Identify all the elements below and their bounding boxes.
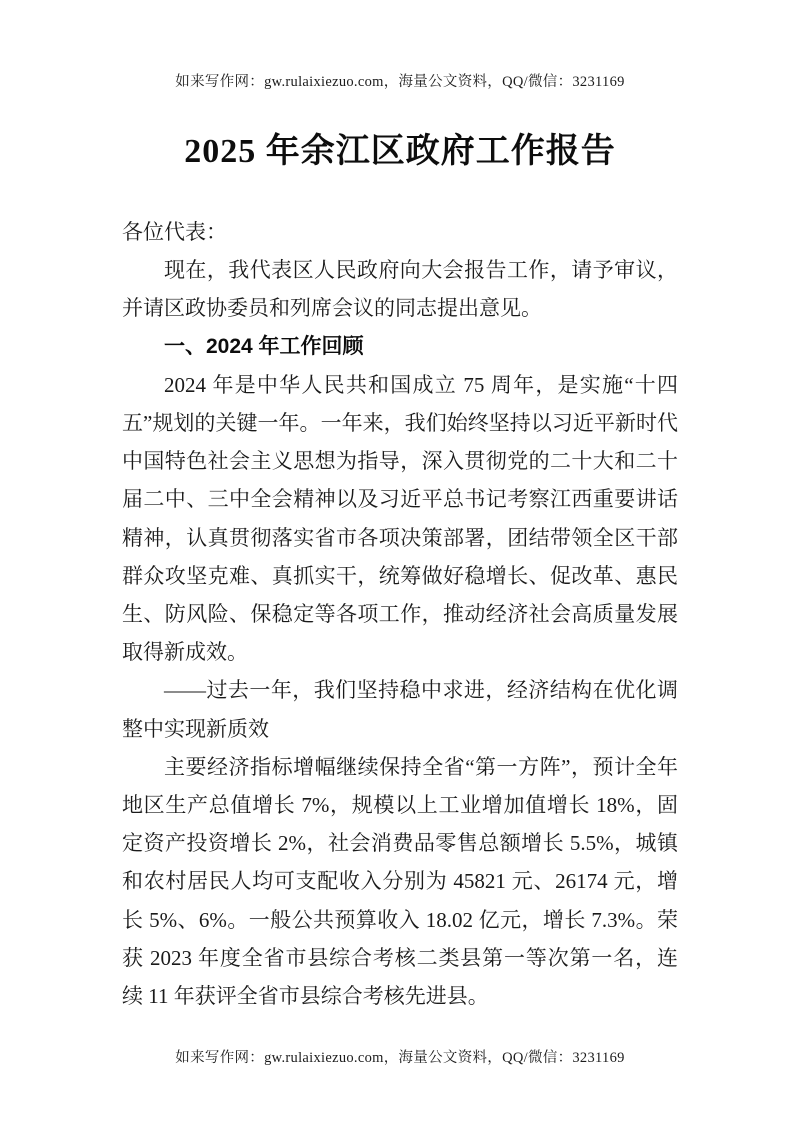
document-page: 如来写作网：gw.rulaixiezuo.com，海量公文资料，QQ/微信：32… [0, 0, 800, 1131]
footer-note: 如来写作网：gw.rulaixiezuo.com，海量公文资料，QQ/微信：32… [0, 1046, 800, 1067]
paragraph-2024-review: 2024 年是中华人民共和国成立 75 周年，是实施“十四五”规划的关键一年。一… [122, 366, 678, 672]
paragraph-economic-indicators: 主要经济指标增幅继续保持全省“第一方阵”，预计全年地区生产总值增长 7%，规模以… [122, 748, 678, 1015]
section-heading-2024-review: 一、2024 年工作回顾 [122, 328, 678, 366]
paragraph-dash-summary: ——过去一年，我们坚持稳中求进，经济结构在优化调整中实现新质效 [122, 671, 678, 747]
document-body: 各位代表： 现在，我代表区人民政府向大会报告工作，请予审议，并请区政协委员和列席… [122, 213, 678, 1015]
document-title: 2025 年余江区政府工作报告 [0, 130, 800, 174]
paragraph-opening: 现在，我代表区人民政府向大会报告工作，请予审议，并请区政协委员和列席会议的同志提… [122, 251, 678, 327]
salutation: 各位代表： [122, 213, 678, 251]
header-note: 如来写作网：gw.rulaixiezuo.com，海量公文资料，QQ/微信：32… [0, 70, 800, 91]
